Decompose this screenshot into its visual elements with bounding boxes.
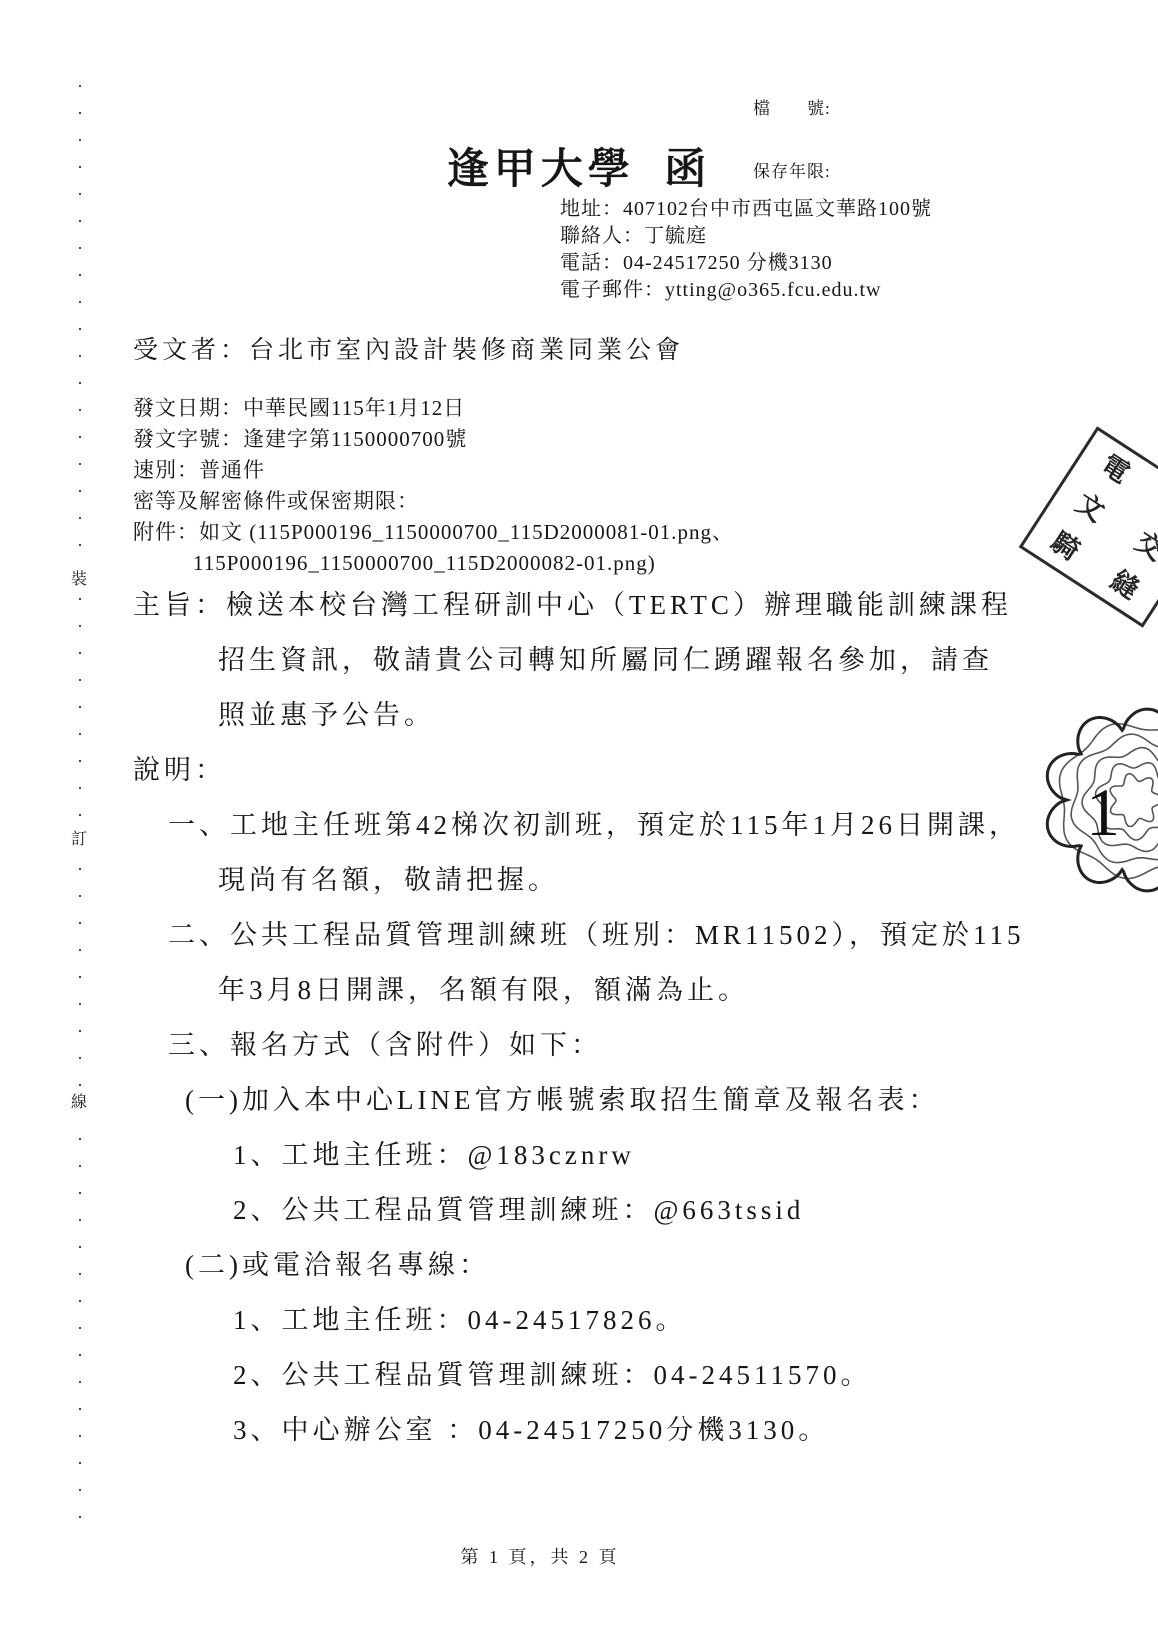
rosette-seal: 1 bbox=[1040, 705, 1158, 895]
subject-line-1: 主旨：檢送本校台灣工程研訓中心（TERTC）辦理職能訓練課程 bbox=[0, 578, 1158, 633]
sender-address: 地址：407102台中市西屯區文華路100號 bbox=[560, 196, 932, 223]
binding-dotted-line bbox=[79, 85, 81, 1523]
attachment-line-1: 附件：如文 (115P000196_1150000700_115D2000081… bbox=[133, 517, 734, 548]
phone-line-1: 1、工地主任班：04-24517826。 bbox=[0, 1293, 1158, 1348]
seam-stamp-char: 交 bbox=[1131, 528, 1158, 565]
seam-stamp-char: 電 bbox=[1097, 450, 1134, 487]
subject-line-2: 招生資訊，敬請貴公司轉知所屬同仁踴躍報名參加，請查 bbox=[0, 633, 1158, 688]
seam-stamp-char: 騎 bbox=[1046, 528, 1083, 565]
page-footer: 第 1 頁，共 2 頁 bbox=[0, 1543, 1080, 1569]
rosette-number: 1 bbox=[1086, 774, 1120, 850]
item-1-line-1: 一、工地主任班第42梯次初訓班，預定於115年1月26日開課， bbox=[0, 798, 1158, 853]
security-class: 密等及解密條件或保密期限： bbox=[133, 486, 734, 517]
item-2-line-2: 年3月8日開課，名額有限，額滿為止。 bbox=[0, 963, 1158, 1018]
sender-email: 電子郵件：ytting@o365.fcu.edu.tw bbox=[560, 277, 932, 304]
phone-line-2: 2、公共工程品質管理訓練班：04-24511570。 bbox=[0, 1348, 1158, 1403]
document-page: 檔 號: 保存年限: 逢甲大學 函 地址：407102台中市西屯區文華路100號… bbox=[0, 0, 1158, 1649]
line-id-2: 2、公共工程品質管理訓練班：@663tssid bbox=[0, 1183, 1158, 1238]
subject-line-3: 照並惠予公告。 bbox=[0, 688, 1158, 743]
speed-class: 速別：普通件 bbox=[133, 455, 734, 486]
seam-stamp-char: 文 bbox=[1072, 489, 1109, 526]
binding-char-xian: 線 bbox=[71, 1086, 87, 1115]
binding-char-ding: 訂 bbox=[71, 823, 87, 852]
seam-stamp-char: 縫 bbox=[1106, 566, 1143, 603]
item-3-sub-2: (二)或電洽報名專線： bbox=[0, 1238, 1158, 1293]
issue-number: 發文字號：逢建字第1150000700號 bbox=[133, 424, 734, 455]
binding-char-zhuang: 裝 bbox=[71, 563, 87, 592]
sender-phone: 電話：04-24517250 分機3130 bbox=[560, 250, 932, 277]
file-number-label: 檔 號: bbox=[753, 98, 831, 119]
line-id-1: 1、工地主任班：@183cznrw bbox=[0, 1128, 1158, 1183]
document-title: 逢甲大學 函 bbox=[0, 136, 1158, 196]
recipient-line: 受文者：台北市室內設計裝修商業同業公會 bbox=[133, 330, 684, 366]
issue-date: 發文日期：中華民國115年1月12日 bbox=[133, 393, 734, 424]
item-3-sub-1: (一)加入本中心LINE官方帳號索取招生簡章及報名表： bbox=[0, 1073, 1158, 1128]
letter-body: 主旨：檢送本校台灣工程研訓中心（TERTC）辦理職能訓練課程 招生資訊，敬請貴公… bbox=[0, 578, 1158, 1458]
sender-info: 地址：407102台中市西屯區文華路100號 聯絡人：丁毓庭 電話：04-245… bbox=[560, 196, 932, 304]
phone-line-3: 3、中心辦公室 ：04-24517250分機3130。 bbox=[0, 1403, 1158, 1458]
item-2-line-1: 二、公共工程品質管理訓練班（班別：MR11502），預定於115 bbox=[0, 908, 1158, 963]
document-meta: 發文日期：中華民國115年1月12日 發文字號：逢建字第1150000700號 … bbox=[133, 393, 734, 579]
sender-contact: 聯絡人：丁毓庭 bbox=[560, 223, 932, 250]
item-1-line-2: 現尚有名額，敬請把握。 bbox=[0, 853, 1158, 908]
attachment-line-2: 115P000196_1150000700_115D2000082-01.png… bbox=[133, 548, 734, 579]
explanation-label: 說明： bbox=[0, 743, 1158, 798]
item-3-line-1: 三、報名方式（含附件）如下： bbox=[0, 1018, 1158, 1073]
